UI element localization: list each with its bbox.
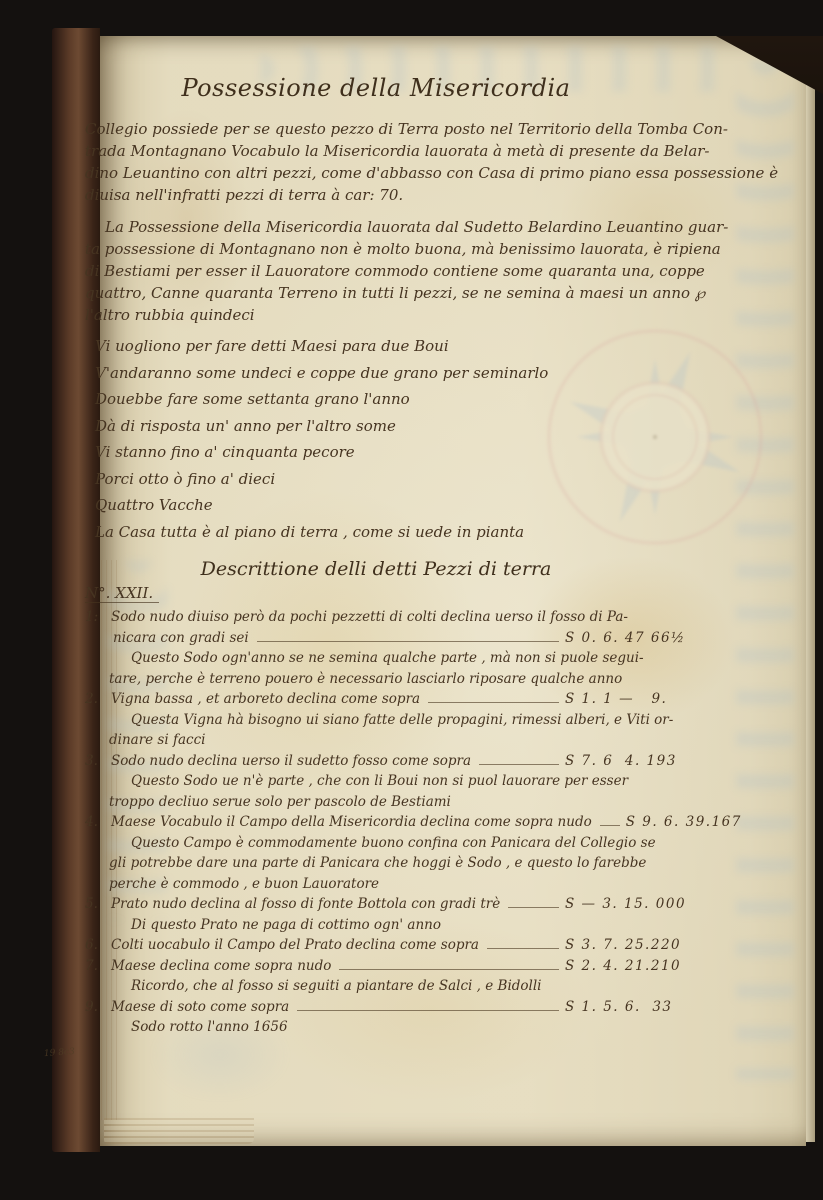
leader-rule: [479, 753, 559, 765]
entry-measurements: S 3. 7. 25.220: [565, 935, 697, 956]
statement-line: Douebbe fare some settanta grano l'anno: [85, 386, 697, 413]
statement-lines: Vi uogliono per fare detti Maesi para du…: [85, 333, 697, 545]
entry-text: nicara con gradi sei: [85, 628, 249, 649]
statement-line: Dà di risposta un' anno per l'altro some: [85, 413, 697, 440]
entry-row: 3.Sodo nudo declina uerso il sudetto fos…: [85, 751, 697, 772]
marginal-inscription: 19 8c3: [44, 1047, 75, 1059]
entries-rows: 1:Sodo nudo diuiso però da pochi pezzett…: [85, 607, 697, 1038]
manuscript-text-block: Possessione della Misericordia Collegio …: [85, 74, 697, 1038]
statement-line: V'andaranno some undeci e coppe due gran…: [85, 360, 697, 387]
entry-text: tare, perche è terreno pouero è necessar…: [85, 669, 622, 690]
entry-text: Questa Vigna hà bisogno ui siano fatte d…: [85, 710, 673, 731]
entry-text: Ricordo, che al fosso si seguiti a piant…: [85, 976, 542, 997]
entry-row: 6.Colti uocabulo il Campo del Prato decl…: [85, 935, 697, 956]
photographed-manuscript: Possessione della Misericordia Collegio …: [0, 0, 823, 1200]
paragraph-line: Collegio possiede per se questo pezzo di…: [85, 118, 697, 140]
entry-measurements: S 0. 6. 47 66½: [565, 628, 697, 649]
intro-paragraph: Collegio possiede per se questo pezzo di…: [85, 118, 697, 206]
entry-row: 5.Prato nudo declina al fosso di fonte B…: [85, 894, 697, 915]
underlying-page-edge: [806, 42, 815, 1142]
paragraph-line: di Bestiami per esser il Lauoratore comm…: [85, 260, 697, 282]
entry-row: 7.Maese declina come sopra nudoS 2. 4. 2…: [85, 956, 697, 977]
entry-text: Vigna bassa , et arboreto declina come s…: [111, 689, 420, 710]
entry-number: 1:: [85, 607, 111, 628]
entry-measurements: S — 3. 15. 000: [565, 894, 697, 915]
entry-text: Maese declina come sopra nudo: [111, 956, 331, 977]
note-line: Ricordo, che al fosso si seguiti a piant…: [85, 976, 697, 997]
note-line: troppo decliuo serue solo per pascolo de…: [85, 792, 697, 813]
leader-rule: [297, 999, 559, 1011]
note-line: perche è commodo , e buon Lauoratore: [85, 874, 697, 895]
leader-rule: [339, 958, 559, 970]
entry-number: 9.: [85, 997, 111, 1018]
entry-text: Maese Vocabulo il Campo della Misericord…: [111, 812, 592, 833]
statement-line: Vi uogliono per fare detti Maesi para du…: [85, 333, 697, 360]
entry-continuation: nicara con gradi seiS 0. 6. 47 66½: [85, 628, 697, 649]
entry-text: Questo Sodo ue n'è parte , che con li Bo…: [85, 771, 628, 792]
paragraph-line: quattro, Canne quaranta Terreno in tutti…: [85, 282, 697, 304]
paragraph-line: ta possessione di Montagnano non è molto…: [85, 238, 697, 260]
note-line: dinare si facci: [85, 730, 697, 751]
description-paragraph: La Possessione della Misericordia lauora…: [85, 216, 697, 326]
entry-measurements: S 2. 4. 21.210: [565, 956, 697, 977]
paragraph-line: diuisa nell'infratti pezzi di terra à ca…: [85, 184, 697, 206]
section-heading: Descrittione delli detti Pezzi di terra: [145, 558, 607, 580]
statement-line: Porci otto ò fino a' dieci: [85, 466, 697, 493]
entry-text: Sodo rotto l'anno 1656: [85, 1017, 288, 1038]
entry-measurements: S 1. 1 — 9.: [565, 689, 697, 710]
entry-number: 7.: [85, 956, 111, 977]
entry-row: 4.Maese Vocabulo il Campo della Miserico…: [85, 812, 697, 833]
leader-rule: [257, 630, 559, 642]
entry-text: perche è commodo , e buon Lauoratore: [85, 874, 379, 895]
entry-number: 4.: [85, 812, 111, 833]
note-line: Sodo rotto l'anno 1656: [85, 1017, 697, 1038]
statement-line: Vi stanno fino a' cinquanta pecore: [85, 439, 697, 466]
entry-text: Colti uocabulo il Campo del Prato declin…: [111, 935, 479, 956]
entry-row: 2.Vigna bassa , et arboreto declina come…: [85, 689, 697, 710]
entry-text: Maese di soto come sopra: [111, 997, 289, 1018]
entry-text: Sodo nudo diuiso però da pochi pezzetti …: [111, 607, 628, 628]
note-line: Questo Sodo ogn'anno se ne semina qualch…: [85, 648, 697, 669]
note-line: gli potrebbe dare una parte di Panicara …: [85, 853, 697, 874]
note-line: Di questo Prato ne paga di cottimo ogn' …: [85, 915, 697, 936]
statement-line: Quattro Vacche: [85, 492, 697, 519]
page-title: Possessione della Misericordia: [115, 74, 637, 102]
statement-line: La Casa tutta è al piano di terra , come…: [85, 519, 697, 546]
bottom-leaf-edges: [104, 1118, 254, 1144]
entry-text: troppo decliuo serue solo per pascolo de…: [85, 792, 451, 813]
section-number-label: N°. XXII.: [85, 584, 159, 603]
paragraph-line: La Possessione della Misericordia lauora…: [85, 216, 697, 238]
note-line: Questo Campo è commodamente buono confin…: [85, 833, 697, 854]
leader-rule: [508, 896, 559, 908]
entry-number: 6.: [85, 935, 111, 956]
entry-number: 3.: [85, 751, 111, 772]
note-line: Questa Vigna hà bisogno ui siano fatte d…: [85, 710, 697, 731]
entry-text: Sodo nudo declina uerso il sudetto fosso…: [111, 751, 471, 772]
entry-text: Di questo Prato ne paga di cottimo ogn' …: [85, 915, 441, 936]
paragraph-line: l'altro rubbia quindeci: [85, 304, 697, 326]
entry-number: 2.: [85, 689, 111, 710]
entry-number: 5.: [85, 894, 111, 915]
entry-measurements: S 1. 5. 6. 33: [565, 997, 697, 1018]
entry-row: 9.Maese di soto come sopraS 1. 5. 6. 33: [85, 997, 697, 1018]
entry-measurements: S 7. 6 4. 193: [565, 751, 697, 772]
entry-text: gli potrebbe dare una parte di Panicara …: [85, 853, 646, 874]
note-line: Questo Sodo ue n'è parte , che con li Bo…: [85, 771, 697, 792]
leader-rule: [428, 691, 559, 703]
entry-text: Prato nudo declina al fosso di fonte Bot…: [111, 894, 500, 915]
entry-text: Questo Sodo ogn'anno se ne semina qualch…: [85, 648, 644, 669]
entry-text: dinare si facci: [85, 730, 205, 751]
paragraph-line: dino Leuantino con altri pezzi, come d'a…: [85, 162, 697, 184]
entry-measurements: S 9. 6. 39.167: [626, 812, 758, 833]
leader-rule: [600, 814, 620, 826]
paragraph-line: trada Montagnano Vocabulo la Misericordi…: [85, 140, 697, 162]
note-line: tare, perche è terreno pouero è necessar…: [85, 669, 697, 690]
entry-row: 1:Sodo nudo diuiso però da pochi pezzett…: [85, 607, 697, 628]
entry-text: Questo Campo è commodamente buono confin…: [85, 833, 656, 854]
leader-rule: [487, 937, 559, 949]
